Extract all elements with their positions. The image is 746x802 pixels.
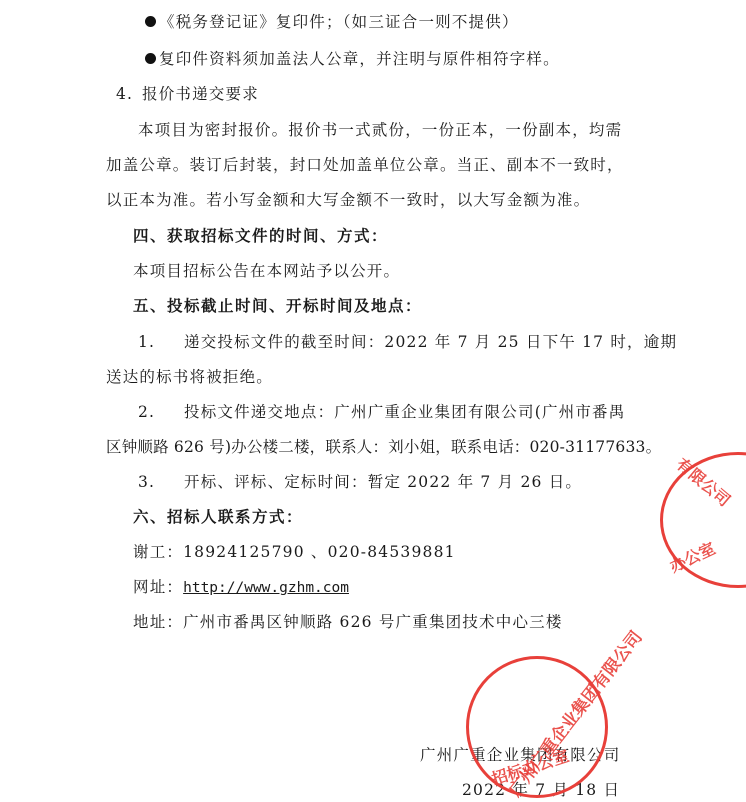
section5-item2-line2: 区钟顺路 626 号)办公楼二楼，联系人：刘小姐，联系电话：020-311776… [106, 437, 661, 457]
bullet-item-tax-certificate: 《税务登记证》复印件；（如三证合一则不提供） [145, 12, 519, 32]
section5-item1-line2: 送达的标书将被拒绝。 [106, 367, 273, 387]
section5-item1-line1: 1.递交投标文件的截至时间：2022 年 7 月 25 日下午 17 时，逾期 [138, 332, 677, 352]
item-number: 4. [116, 84, 142, 104]
signature-date: 2022 年 7 月 18 日 [462, 780, 620, 800]
section4-heading: 四、获取招标文件的时间、方式： [133, 226, 388, 246]
contact-address: 地址：广州市番禺区钟顺路 626 号广重集团技术中心三楼 [133, 612, 563, 632]
item-number: 1. [138, 332, 184, 352]
partial-seal-outer-text: 有限公司 [672, 452, 736, 511]
item4-paragraph-line-1: 本项目为密封报价。报价书一式贰份，一份正本，一份副本，均需 [138, 120, 622, 140]
contact-value: 18924125790 、020-84539881 [183, 543, 456, 561]
website-link[interactable]: http://www.gzhm.com [183, 580, 349, 596]
contact-website: 网址：http://www.gzhm.com [133, 577, 349, 598]
bullet-icon [145, 53, 156, 64]
section4-text: 本项目招标公告在本网站予以公开。 [133, 261, 400, 281]
contact-label: 谢工： [133, 543, 183, 561]
contact-phone: 谢工：18924125790 、020-84539881 [133, 542, 456, 562]
address-value: 广州市番禺区钟顺路 626 号广重集团技术中心三楼 [183, 613, 562, 631]
bullet-text: 《税务登记证》复印件；（如三证合一则不提供） [159, 13, 519, 31]
bullet-item-copy-stamp: 复印件资料须加盖法人公章，并注明与原件相符字样。 [145, 49, 560, 69]
item4-paragraph-line-2: 加盖公章。装订后封装，封口处加盖单位公章。当正、副本不一致时， [106, 155, 624, 175]
section5-heading: 五、投标截止时间、开标时间及地点： [133, 296, 422, 316]
section5-item2-line1: 2.投标文件递交地点：广州广重企业集团有限公司(广州市番禺 [138, 402, 625, 422]
item4-paragraph-line-3: 以正本为准。若小写金额和大写金额不一致时，以大写金额为准。 [106, 190, 590, 210]
website-label: 网址： [133, 578, 183, 596]
item-title: 报价书递交要求 [142, 85, 259, 103]
section6-heading: 六、招标人联系方式： [133, 507, 303, 527]
partial-seal-inner-text: 办公室 [665, 536, 718, 577]
item-text: 递交投标文件的截至时间：2022 年 7 月 25 日下午 17 时，逾期 [184, 333, 677, 351]
section5-item3: 3.开标、评标、定标时间：暂定 2022 年 7 月 26 日。 [138, 472, 582, 492]
bullet-icon [145, 16, 156, 27]
bullet-text: 复印件资料须加盖法人公章，并注明与原件相符字样。 [159, 50, 560, 68]
item-number: 2. [138, 402, 184, 422]
item-text: 投标文件递交地点：广州广重企业集团有限公司(广州市番禺 [184, 403, 625, 421]
item-text: 开标、评标、定标时间：暂定 2022 年 7 月 26 日。 [184, 473, 582, 491]
address-label: 地址： [133, 613, 183, 631]
item-number: 3. [138, 472, 184, 492]
item4-title: 4.报价书递交要求 [116, 84, 259, 104]
